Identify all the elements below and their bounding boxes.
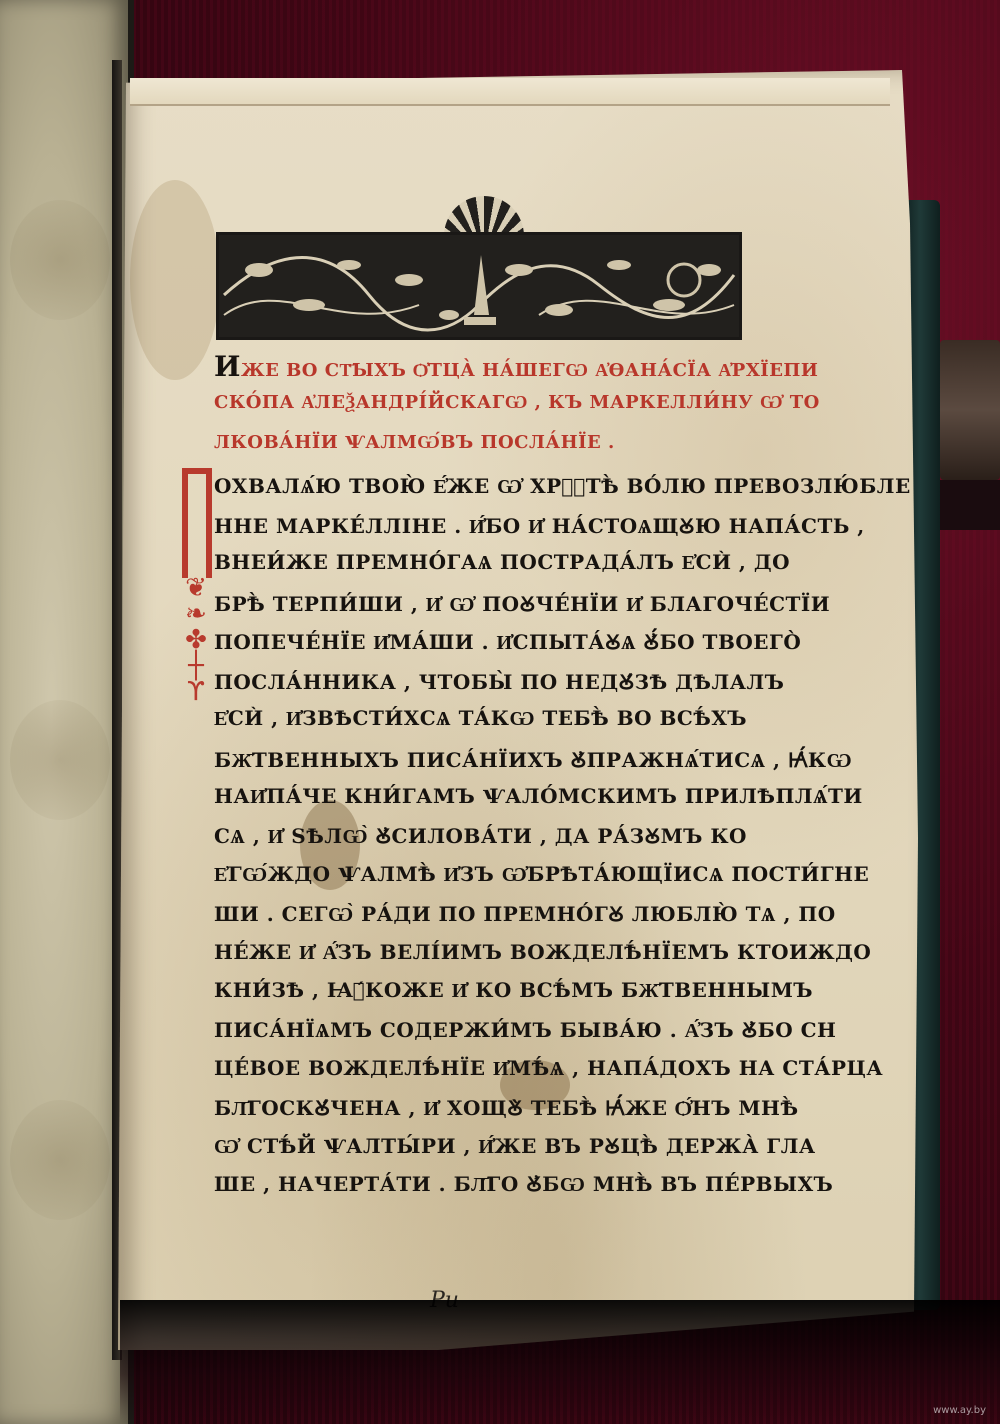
page-stain — [10, 700, 110, 820]
drop-cap-ornament-icon: ❦ ❧ ✤ ┼ ϒ — [176, 575, 216, 725]
body-line: сѧ , и҆ ѕѣлѡ̀ ꙋ҆силова́ти , да ра́зꙋмъ к… — [214, 822, 747, 849]
drop-cap-initial — [182, 468, 212, 578]
body-line: писа́нїѧмъ содержи́мъ быва́ю . а҆́зъ ꙋ҆б… — [214, 1016, 836, 1043]
body-line: внеи́же премно́гаѧ пострада́лъ е҆сѝ , до — [214, 550, 790, 575]
body-line: кни́зѣ , ꙗ҆́коже и҆ ко всѣ́мъ бж҃твенным… — [214, 978, 813, 1003]
bottom-shadow — [120, 1300, 1000, 1424]
body-line: наи҆па́че кни́гамъ ѱало́мскимъ прилѣплѧ́… — [214, 784, 863, 809]
body-line: нне марке́лліне . и҆́бо и҆ на́стоѧщꙋю на… — [214, 512, 865, 539]
book-clasp — [940, 340, 1000, 480]
body-line: попече́нїе и҆ма́ши . и҆спыта́ꙋѧ ꙋ҆́бо тв… — [214, 628, 801, 655]
clasp-shadow — [940, 480, 1000, 530]
watermark: www.ay.by — [933, 1405, 986, 1416]
body-line: ше , начерта́ти . бл҃го ꙋ҆бѡ мнѣ̀ въ пе́… — [214, 1170, 833, 1197]
floral-band-ornament — [216, 232, 742, 340]
body-line: е҆сѝ , и҆звѣсти́хсѧ та́кѡ тебѣ̀ во всѣ́х… — [214, 706, 747, 731]
title-initial: И — [214, 350, 241, 383]
body-line: охвалѧ́ю твою̀ е҆́же ѡ҆ хрⷭ҇тѣ̀ во́лю пр… — [214, 474, 911, 499]
body-line: бж҃твенныхъ писа́нїихъ ꙋ҆пражнѧ́тисѧ , ꙗ… — [214, 746, 852, 773]
title-rubric-line-1: Иже во ст҃ыхъ ѻ҆тца̀ на́шегѡ а҆ѳана́сїа … — [214, 350, 818, 383]
page-stain — [10, 200, 110, 320]
body-line: не́же и҆ а҆́зъ велі́имъ вожделѣ́нїемъ кт… — [214, 940, 871, 965]
body-line: ши . сегѡ̀ ра́ди по премно́гꙋ люблю̀ тѧ … — [214, 900, 836, 927]
title-rubric-line-3: лкова́нїи ѱалмѡ́въ посла́нїе . — [214, 432, 615, 453]
water-stain — [130, 180, 220, 380]
vine-ornament-icon — [219, 235, 739, 337]
body-line: ѡ҆ стѣ́й ѱалты́ри , и҆́же въ рꙋцѣ̀ держа… — [214, 1132, 816, 1159]
body-line: бл҃госкꙋ́чена , и҆ хощꙋ̀ тебѣ̀ ꙗ҆́же ѻ҆́… — [214, 1094, 799, 1121]
title-rubric-line-2: ско́па а҆леѯандрі́йскагѡ , къ маркелли́н… — [214, 392, 820, 413]
page-stain — [10, 1100, 110, 1220]
body-line: це́вое вожделѣ́нїе и҆мѣ́ѧ , напа́дохъ на… — [214, 1056, 883, 1081]
body-line: посла́нника , чтобы̀ по недꙋ́зѣ дѣлалъ — [214, 668, 784, 695]
body-line: е҆гѡ́ждо ѱалмѣ̀ и҆зъ ѡ҆брѣта́ющїисѧ пост… — [214, 862, 869, 887]
body-line: брѣ̀ терпи́ши , и҆ ѡ҆ поꙋче́нїи и҆ благо… — [214, 590, 830, 617]
page-top-edge — [130, 78, 890, 106]
woodcut-headpiece — [216, 196, 744, 346]
